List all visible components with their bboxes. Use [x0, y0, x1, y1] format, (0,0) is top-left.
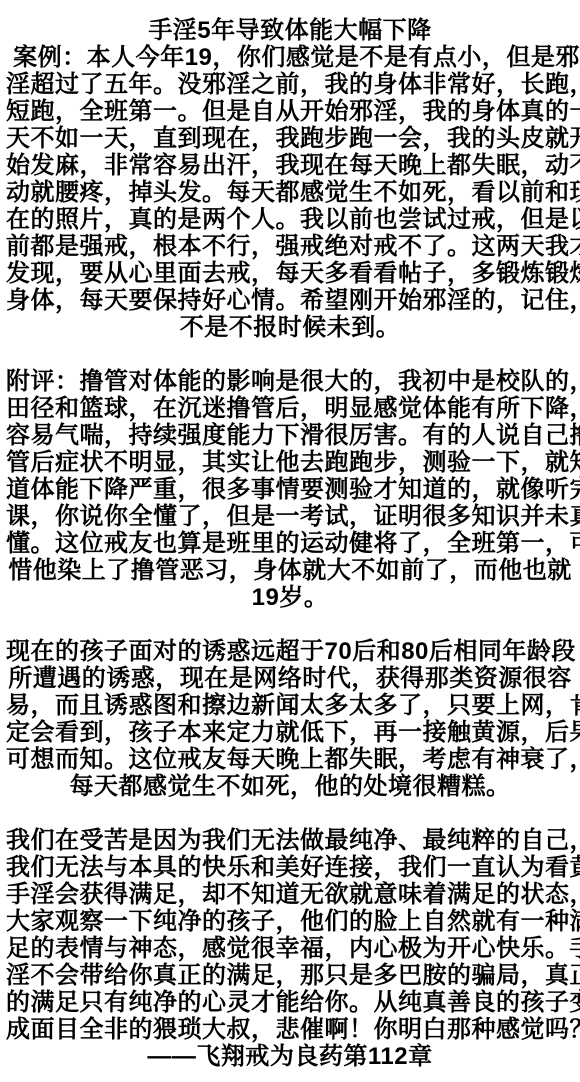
text-line: 不是不报时候未到。 — [6, 314, 574, 341]
paragraph: 附评：撸管对体能的影响是很大的，我初中是校队的，田径和篮球，在沉迷撸管后，明显感… — [6, 368, 574, 611]
text-line: 易，而且诱惑图和擦边新闻太多太多了，只要上网，肯 — [6, 692, 574, 719]
document-title: 手淫5年导致体能大幅下降 — [6, 17, 574, 44]
document: 手淫5年导致体能大幅下降 案例：本人今年19，你们感觉是不是有点小，但是邪淫超过… — [0, 0, 580, 1082]
text-line: 现在的孩子面对的诱惑远超于70后和80后相同年龄段 — [6, 638, 574, 665]
text-line: 手淫会获得满足，却不知道无欲就意味着满足的状态， — [6, 881, 574, 908]
text-line: 发现，要从心里面去戒，每天多看看帖子，多锻炼锻炼 — [6, 260, 574, 287]
text-line: 惜他染上了撸管恶习，身体就大不如前了，而他也就 — [6, 557, 574, 584]
text-line: 案例：本人今年19，你们感觉是不是有点小，但是邪 — [6, 44, 574, 71]
text-line: 田径和篮球，在沉迷撸管后，明显感觉体能有所下降， — [6, 395, 574, 422]
text-line: 每天都感觉生不如死，他的处境很糟糕。 — [6, 773, 574, 800]
text-line: 我们在受苦是因为我们无法做最纯净、最纯粹的自己， — [6, 827, 574, 854]
text-line: 天不如一天，直到现在，我跑步跑一会，我的头皮就开 — [6, 125, 574, 152]
signature-line: ——飞翔戒为良药第112章 — [6, 1043, 574, 1070]
text-line: 淫不会带给你真正的满足，那只是多巴胺的骗局，真正 — [6, 962, 574, 989]
page: { "page": { "background_color": "#ffffff… — [0, 0, 580, 1082]
text-line: 始发麻，非常容易出汗，我现在每天晚上都失眠，动不 — [6, 152, 574, 179]
text-line: 大家观察一下纯净的孩子，他们的脸上自然就有一种满 — [6, 908, 574, 935]
text-line: 附评：撸管对体能的影响是很大的，我初中是校队的， — [6, 368, 574, 395]
text-line: 在的照片，真的是两个人。我以前也尝试过戒，但是以 — [6, 206, 574, 233]
text-line: 前都是强戒，根本不行，强戒绝对戒不了。这两天我才 — [6, 233, 574, 260]
paragraph: 案例：本人今年19，你们感觉是不是有点小，但是邪淫超过了五年。没邪淫之前，我的身… — [6, 44, 574, 341]
text-line: 课，你说你全懂了，但是一考试，证明很多知识并未真 — [6, 503, 574, 530]
text-line: 成面目全非的猥琐大叔，悲催啊！你明白那种感觉吗？ — [6, 1016, 574, 1043]
paragraphs-container: 案例：本人今年19，你们感觉是不是有点小，但是邪淫超过了五年。没邪淫之前，我的身… — [6, 44, 574, 1043]
text-line: 定会看到，孩子本来定力就低下，再一接触黄源，后果 — [6, 719, 574, 746]
text-line: 容易气喘，持续强度能力下滑很厉害。有的人说自己撸 — [6, 422, 574, 449]
text-line: 短跑，全班第一。但是自从开始邪淫，我的身体真的一 — [6, 98, 574, 125]
text-line: 我们无法与本具的快乐和美好连接，我们一直认为看黄 — [6, 854, 574, 881]
text-line: 管后症状不明显，其实让他去跑跑步，测验一下，就知 — [6, 449, 574, 476]
text-line: 的满足只有纯净的心灵才能给你。从纯真善良的孩子变 — [6, 989, 574, 1016]
paragraph: 我们在受苦是因为我们无法做最纯净、最纯粹的自己，我们无法与本具的快乐和美好连接，… — [6, 827, 574, 1043]
text-line: 足的表情与神态，感觉很幸福，内心极为开心快乐。手 — [6, 935, 574, 962]
paragraph: 现在的孩子面对的诱惑远超于70后和80后相同年龄段所遭遇的诱惑，现在是网络时代，… — [6, 638, 574, 800]
text-line: 懂。这位戒友也算是班里的运动健将了，全班第一，可 — [6, 530, 574, 557]
text-line: 道体能下降严重，很多事情要测验才知道的，就像听完 — [6, 476, 574, 503]
text-line: 可想而知。这位戒友每天晚上都失眠，考虑有神衰了， — [6, 746, 574, 773]
text-line: 所遭遇的诱惑，现在是网络时代，获得那类资源很容 — [6, 665, 574, 692]
text-line: 19岁。 — [6, 584, 574, 611]
text-line: 身体，每天要保持好心情。希望刚开始邪淫的，记住， — [6, 287, 574, 314]
text-line: 动就腰疼，掉头发。每天都感觉生不如死，看以前和现 — [6, 179, 574, 206]
text-line: 淫超过了五年。没邪淫之前，我的身体非常好，长跑， — [6, 71, 574, 98]
